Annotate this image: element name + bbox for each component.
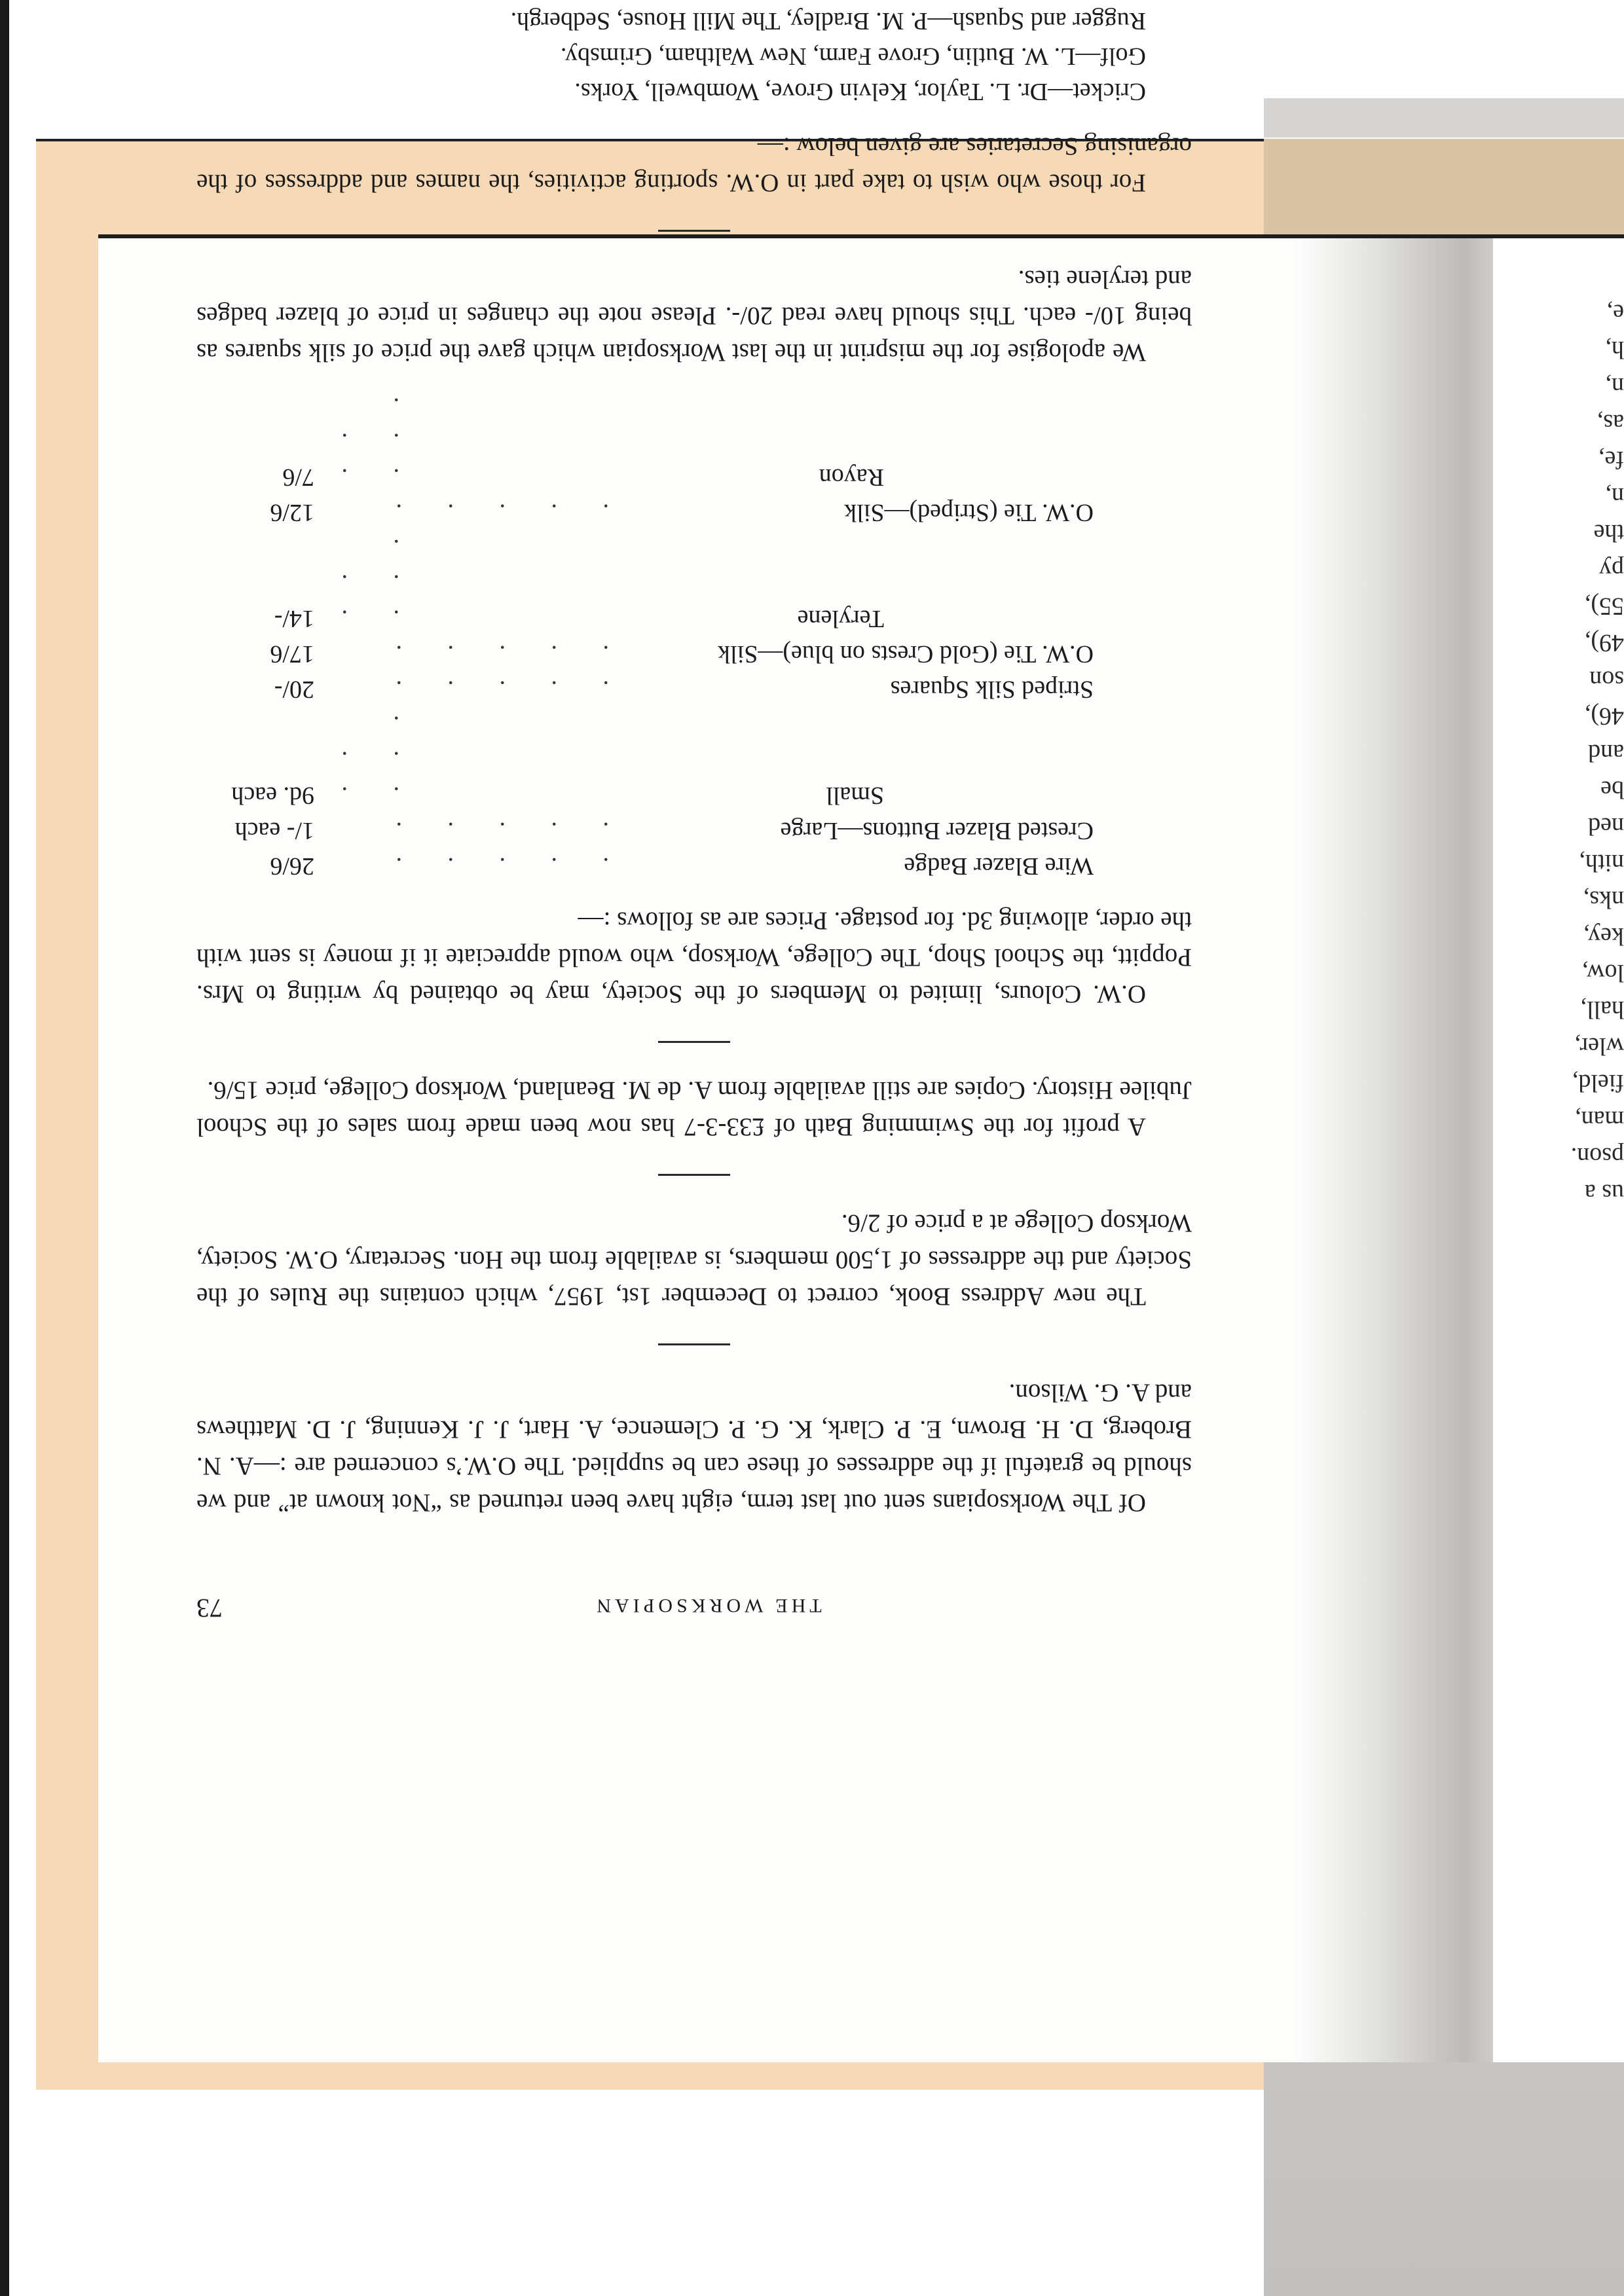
price-list-row: Wire Blazer Badge. . . . .26/6 [196,848,1094,884]
price-value: 20/- [196,672,314,707]
price-item-name: Small [399,707,1094,813]
facing-page-fragment: 49), [1493,625,1624,661]
section-divider [658,1041,730,1043]
price-value: 1/- each [196,813,314,848]
price-item-name: Wire Blazer Badge [609,848,1094,884]
facing-page-fragment: h, [1493,331,1624,368]
leader-dots: . . . . . [314,636,609,672]
price-item-name: O.W. Tie (Striped)—Silk [609,495,1094,530]
facing-page-fragment: wler, [1493,1028,1624,1065]
facing-page-fragment: low, [1493,955,1624,991]
facing-page-fragment: hall, [1493,991,1624,1028]
price-list-row: Terylene. . . . .14/- [196,530,1094,636]
facing-page-fragment: 46), [1493,698,1624,735]
price-list-row: Small. . . . .9d. each [196,707,1094,813]
section-divider [658,1343,730,1345]
leader-dots: . . . . . [314,389,399,495]
facing-page-fragment: the [1493,515,1624,551]
price-value: 7/6 [196,389,314,495]
book-gutter-shadow [1297,238,1493,2062]
secretary-entry: Cricket—Dr. L. Taylor, Kelvin Grove, Wom… [196,74,1146,109]
paragraph-swimming-bath: A profit for the Swimming Bath of £33-3-… [196,1072,1192,1145]
secretary-entry: Rugger and Squash—P. M. Bradley, The Mil… [196,3,1146,39]
price-list-row: O.W. Tie (Gold Crests on blue)—Silk. . .… [196,636,1094,672]
facing-page-fragment: nith, [1493,845,1624,881]
paragraph-sporting: For those who wish to take part in O.W. … [196,128,1192,201]
facing-page-fragment: key, [1493,918,1624,955]
paragraph-address-book: The new Address Book, correct to Decembe… [196,1205,1192,1315]
price-value: 26/6 [196,848,314,884]
running-header: THE WORKSOPIAN 73 [196,1593,1192,1624]
book-cover-border-right [1264,139,1624,237]
facing-page-fragment: n, [1493,478,1624,515]
paragraph-apology: We apologise for the misprint in the las… [196,261,1192,371]
section-divider [658,230,730,232]
scanner-edge [0,0,9,2296]
facing-page-fragment: and [1493,735,1624,771]
page-content-rotated: THE WORKSOPIAN 73 Of The Worksopians sen… [105,367,1310,1990]
facing-page-fragment: be [1493,771,1624,808]
price-value: 12/6 [196,495,314,530]
text-column: THE WORKSOPIAN 73 Of The Worksopians sen… [196,0,1310,1990]
leader-dots: . . . . . [314,707,399,813]
section-divider [658,1174,730,1176]
price-list: Wire Blazer Badge. . . . .26/6Crested Bl… [196,389,1094,884]
facing-page-fragment: fe, [1493,441,1624,478]
paragraph-colours: O.W. Colours, limited to Members of the … [196,902,1192,1012]
price-value: 14/- [196,530,314,636]
facing-page-fragment: us a [1493,1175,1624,1211]
price-value: 17/6 [196,636,314,672]
facing-page-fragment: pson. [1493,1138,1624,1175]
facing-page: us apson.man,field,wler,hall,low,key,nks… [1493,238,1624,2062]
price-item-name: Rayon [399,389,1094,495]
secretary-entry: Shooting—G. L. Thompson, Top Hall, Thorp… [196,0,1146,3]
secretaries-list: Cricket—Dr. L. Taylor, Kelvin Grove, Wom… [196,0,1146,109]
leader-dots: . . . . . [314,672,609,707]
facing-page-fragment: n, [1493,368,1624,405]
paragraph-not-known: Of The Worksopians sent out last term, e… [196,1374,1192,1521]
facing-page-text-fragments: us apson.man,field,wler,hall,low,key,nks… [1493,238,1624,2062]
facing-page-fragment: nks, [1493,881,1624,918]
facing-page-fragment: as, [1493,405,1624,441]
price-item-name: Terylene [399,530,1094,636]
leader-dots: . . . . . [314,530,399,636]
price-list-row: O.W. Tie (Striped)—Silk. . . . .12/6 [196,495,1094,530]
facing-page-fragment: e, [1493,295,1624,331]
price-item-name: Crested Blazer Buttons—Large [609,813,1094,848]
price-item-name: Striped Silk Squares [609,672,1094,707]
leader-dots: . . . . . [314,848,609,884]
facing-page-fragment: 55), [1493,588,1624,625]
facing-page-fragment: son [1493,661,1624,698]
price-value: 9d. each [196,707,314,813]
leader-dots: . . . . . [314,813,609,848]
secretary-entry: Golf—L. W. Butlin, Grove Farm, New Walth… [196,39,1146,74]
price-list-row: Crested Blazer Buttons—Large. . . . .1/-… [196,813,1094,848]
facing-page-fragment: ned [1493,808,1624,845]
price-list-row: Striped Silk Squares. . . . .20/- [196,672,1094,707]
facing-page-fragment: field, [1493,1065,1624,1101]
price-item-name: O.W. Tie (Gold Crests on blue)—Silk [609,636,1094,672]
price-list-row: Rayon. . . . .7/6 [196,389,1094,495]
scan-background [1264,98,1624,137]
running-head-title: THE WORKSOPIAN [223,1594,1192,1616]
facing-page-fragment: py [1493,551,1624,588]
page-number: 73 [196,1593,223,1624]
facing-page-fragment: man, [1493,1101,1624,1138]
leader-dots: . . . . . [314,495,609,530]
